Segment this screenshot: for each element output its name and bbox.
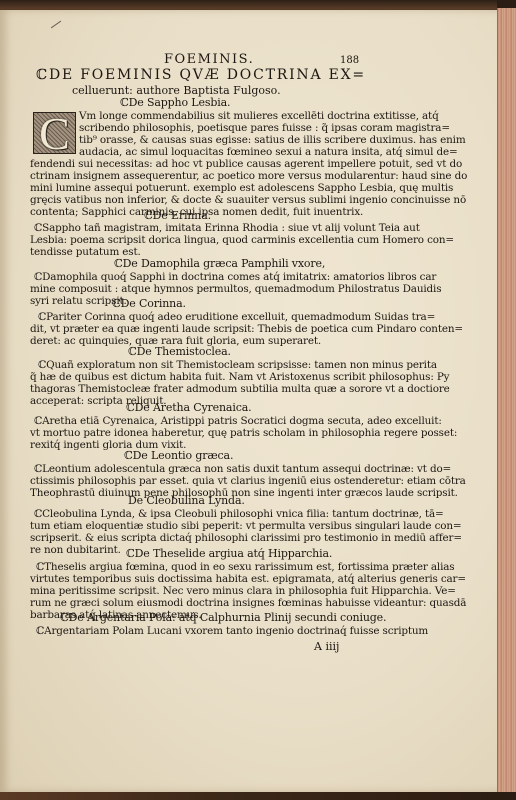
section-heading: ℂDe Leontio græca. xyxy=(124,450,233,462)
text-line: audacia, ac simul loquacitas fœmineo sex… xyxy=(79,146,458,158)
text-line: ℂAretha etiā Cyrenaica, Aristippi patris… xyxy=(34,415,442,427)
text-line: mina peritissime scripsit. Nec vero minu… xyxy=(30,585,456,597)
text-line: ctissimis philosophis par esset. quia vt… xyxy=(30,475,466,487)
text-line: dit, vt præter ea quæ ingenti laude scri… xyxy=(30,323,463,335)
ornamental-initial-icon: C xyxy=(33,112,76,154)
dropcap-letter: C xyxy=(34,107,75,160)
text-line: ℂCleobulina Lynda, & ipsa Cleobuli philo… xyxy=(34,508,444,520)
binding-bottom xyxy=(0,792,516,800)
text-line: Lesbia: poema scripsit dorica lingua, qu… xyxy=(30,234,454,246)
text-line: rum ne græci solum eiusmodi doctrina ins… xyxy=(30,597,466,609)
section-heading: ℂDe Aretha Cyrenaica. xyxy=(126,402,251,414)
text-line: tib⁹ orasse, & causas suas egisse: satiu… xyxy=(79,134,466,146)
text-line: ℂTheselis argiua fœmina, quod in eo sexu… xyxy=(36,561,455,573)
text-line: tum etiam eloquentiæ studio sibi peperit… xyxy=(30,520,461,532)
running-head: FOEMINIS. xyxy=(164,52,254,67)
section-heading: ℂDe Damophila græca Pamphili vxore, xyxy=(114,258,325,270)
section-heading: ℂDe Theselide argiua atq́ Hipparchia. xyxy=(126,548,332,560)
text-line: scripserit. & eius scripta dictaq́ philo… xyxy=(30,532,462,544)
page-number: 188 xyxy=(340,55,359,66)
page-fore-edge xyxy=(497,8,516,794)
signature-mark: A iiij xyxy=(314,640,339,653)
text-line: Vm longe commendabilius sit mulieres exc… xyxy=(79,110,439,122)
text-line: mini lumine assequi potuerunt. exemplo e… xyxy=(30,182,453,194)
section-heading: ℂDe Argentaria Pola: atq́ Calphurnia Pli… xyxy=(60,612,386,624)
text-line: ℂQuañ exploratum non sit Themistocleam … xyxy=(38,359,437,371)
section-heading: ℂDe Themistoclea. xyxy=(128,346,231,358)
text-line: thagoras Themistocleæ frater admodum sub… xyxy=(30,383,450,395)
text-line: ℂDamophila quoq́ Sapphi in doctrina come… xyxy=(34,271,436,283)
text-line: vt mortuo patre idonea haberetur, quę pa… xyxy=(30,427,457,439)
text-line: ℂLeontium adolescentula græca non satis … xyxy=(34,463,451,475)
text-line: re non dubitarint. xyxy=(30,544,121,556)
text-line: ctrinam insignem assequerentur, ac poeti… xyxy=(30,170,467,182)
text-line: gręcis vatibus non inferior, & docte & s… xyxy=(30,194,466,206)
text-line: fendendi sui necessitas: ad hoc vt publi… xyxy=(30,158,462,170)
section-heading: De Cleobulina Lynda. xyxy=(128,495,245,507)
section-heading: ℂDe Corinna. xyxy=(112,298,186,310)
chapter-title: ℂDE FOEMINIS QVÆ DOCTRINA EX= xyxy=(36,67,446,83)
book-scan: FOEMINIS. 188 ℂDE FOEMINIS QVÆ DOCTRINA … xyxy=(0,0,516,800)
section-heading: ℂDe Erinna. xyxy=(144,210,211,222)
text-line: q̃ hæ de quibus est dictum habita fuit. … xyxy=(30,371,449,383)
text-line: mine composuit : atque hymnos permultos,… xyxy=(30,283,441,295)
text-line: scribendo philosophis, poetisque pares f… xyxy=(79,122,450,134)
section-heading: ℂDe Sappho Lesbia. xyxy=(120,97,230,109)
text-line: ℂPariter Corinna quoq́ adeo eruditione e… xyxy=(38,311,435,323)
text-line: ℂArgentariam Polam Lucani vxorem tanto i… xyxy=(36,625,428,637)
text-line: virtutes temporibus suis doctissima habi… xyxy=(30,573,466,585)
text-line: ℂSappho tañ magistram, imitata Erinna R… xyxy=(34,222,420,234)
